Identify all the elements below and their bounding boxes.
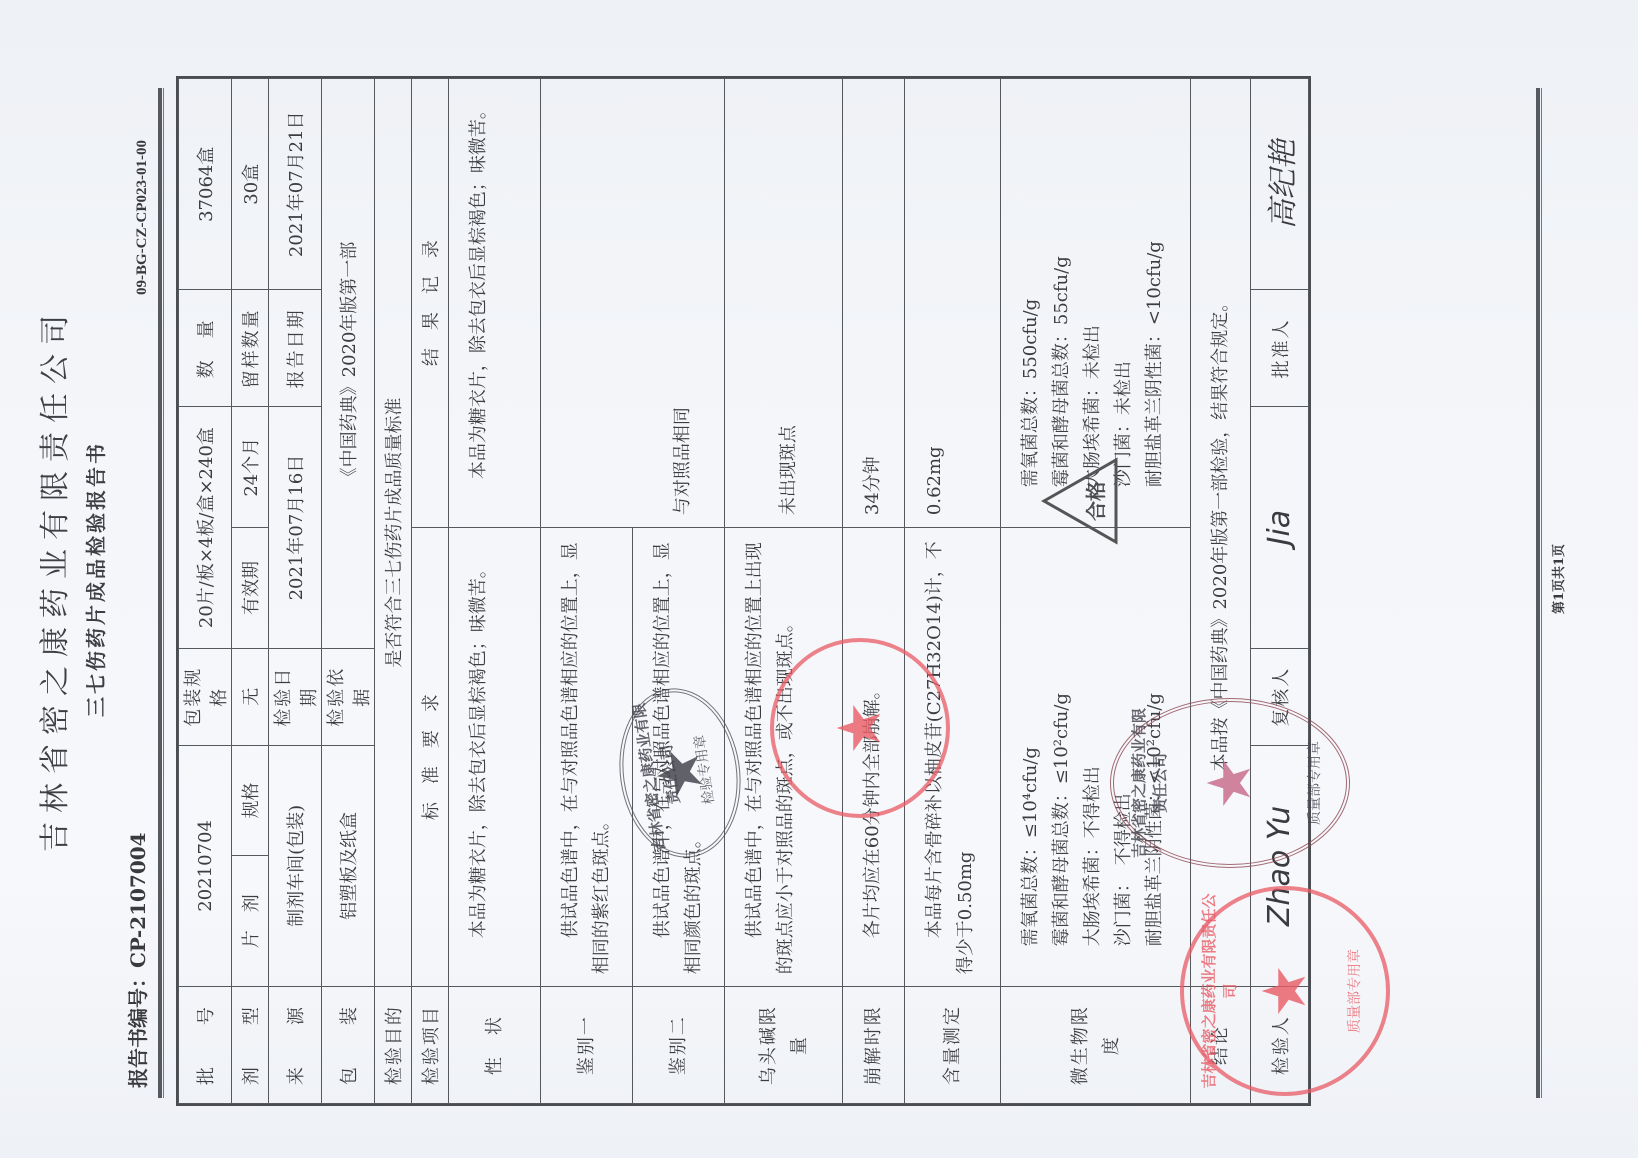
pack-spec-value: 20片/板×4板/盒×240盒 (179, 407, 232, 649)
report-title: 三七伤药片成品检验报告书 (80, 0, 109, 1158)
result-aconitine-limit: 未出现斑点 (725, 79, 843, 528)
result-appearance: 本品为糖衣片，除去包衣后显棕褐色；味微苦。 (449, 79, 541, 528)
report-date-label: 报告日期 (269, 290, 322, 407)
qa-stamp-gray: 吉林省密之康药业有限责任公司 ★ 质量部专用章 (1110, 698, 1350, 868)
batch-label: 批 号 (179, 987, 232, 1104)
result-disintegration: 34分钟 (843, 79, 905, 528)
page-number: 第1页共1页 (1548, 0, 1567, 1158)
table-row: 鉴别一 供试品色谱中，在与对照品色谱相应的位置上，显相同的紫红色斑点。 与对照品… (541, 79, 633, 1104)
dosage-value: 片 剂 (232, 856, 269, 987)
approver-label: 批准人 (1251, 290, 1309, 407)
table-row: 性 状 本品为糖衣片，除去包衣后显棕褐色；味微苦。 本品为糖衣片，除去包衣后显棕… (449, 79, 541, 1104)
retain-label: 留样数量 (232, 290, 269, 407)
qa-gray-stamp-sub: 质量部专用章 (1304, 702, 1324, 864)
col-result: 结 果 记 录 (412, 79, 449, 528)
column-header-row: 检验项目 标 准 要 求 结 果 记 录 (412, 79, 449, 1104)
purpose-value: 是否符合三七伤药片成品质量标准 (375, 79, 412, 987)
standard-appearance: 本品为糖衣片，除去包衣后显棕褐色；味微苦。 (449, 528, 541, 987)
report-number-label: 报告书编号： (126, 968, 150, 1088)
purpose-label: 检验目的 (375, 987, 412, 1104)
micro-result-line: 大肠埃希菌：未检出 (1077, 91, 1108, 487)
pack-spec-label: 包装规格 (179, 648, 232, 745)
micro-result-line: 需氧菌总数：550cfu/g (1015, 91, 1046, 487)
star-icon: ★ (1255, 964, 1315, 1018)
source-value: 制剂车间(包装) (269, 745, 322, 987)
test-date-value: 2021年07月16日 (269, 407, 322, 649)
meta-row-source: 来 源 制剂车间(包装) 检验日期 2021年07月16日 报告日期 2021年… (269, 79, 322, 1104)
retain-value: 30盒 (232, 79, 269, 291)
meta-row-purpose: 检验目的 是否符合三七伤药片成品质量标准 (375, 79, 412, 1104)
dosage-label: 剂 型 (232, 987, 269, 1104)
pass-badge-text: 合格 (1080, 456, 1109, 546)
meta-row-package: 包 装 铝塑板及纸盒 检验依据 《中国药典》2020年版第一部 (322, 79, 375, 1104)
report-number: 报告书编号：CP-2107004 (122, 832, 151, 1088)
source-label: 来 源 (269, 987, 322, 1104)
company-name: 吉林省密之康药业有限责任公司 (30, 0, 74, 1158)
report-date-value: 2021年07月21日 (269, 79, 322, 291)
table-row: 乌头碱限量 供试品色谱中，在与对照品色谱相应的位置上出现的斑点应小于对照品的斑点… (725, 79, 843, 1104)
validity-value: 24个月 (232, 407, 269, 528)
item-disintegration: 崩解时限 (843, 987, 905, 1104)
reviewer-signature: Jia (1251, 407, 1309, 649)
basis-value: 《中国药典》2020年版第一部 (322, 79, 375, 649)
col-standard: 标 准 要 求 (412, 528, 449, 987)
approver-signature: 高纪艳 (1251, 79, 1309, 291)
table-row: 崩解时限 各片均应在60分钟内全部崩解。 34分钟 (843, 79, 905, 1104)
package-value: 铝塑板及纸盒 (322, 745, 375, 987)
form-code: 09-BG-CZ-CP023-01-00 (134, 140, 151, 295)
footer-rule (1536, 88, 1540, 1098)
micro-result-line: 霉菌和酵母菌总数：55cfu/g (1046, 91, 1077, 487)
col-item: 检验项目 (412, 987, 449, 1104)
item-assay: 含量测定 (905, 987, 1001, 1104)
star-icon: ★ (1200, 756, 1260, 810)
result-identification: 与对照品相同 (541, 79, 725, 528)
item-aconitine-limit: 乌头碱限量 (725, 987, 843, 1104)
inspection-report-page: 吉林省密之康药业有限责任公司 三七伤药片成品检验报告书 报告书编号：CP-210… (0, 0, 1638, 1158)
result-assay: 0.62mg (905, 79, 1001, 528)
meta-row-dosage: 剂 型 片 剂 规格 无 有效期 24个月 留样数量 30盒 (232, 79, 269, 1104)
spec-label: 规格 (232, 745, 269, 856)
footer-rule-thin (1541, 88, 1542, 1098)
test-date-label: 检验日期 (269, 648, 322, 745)
header-rule-thin (163, 88, 164, 1098)
pass-badge: 合格 (1040, 456, 1120, 546)
validity-label: 有效期 (232, 528, 269, 649)
table-row: 微生物限度 需氧菌总数：≤10⁴cfu/g 霉菌和酵母菌总数：≤10²cfu/g… (1001, 79, 1191, 1104)
basis-label: 检验依据 (322, 648, 375, 745)
qa-stamp-sub: 质量部专用章 (1344, 890, 1364, 1092)
meta-row-batch: 批 号 20210704 包装规格 20片/板×4板/盒×240盒 数 量 37… (179, 79, 232, 1104)
quantity-label: 数 量 (179, 290, 232, 407)
qa-stamp-red-1: ★ (770, 638, 950, 818)
qa-stamp-ring: 吉林省密之康药业有限责任公司 (1198, 890, 1240, 1092)
header-rule (158, 88, 162, 1098)
micro-standard-line: 大肠埃希菌：不得检出 (1077, 540, 1108, 946)
micro-result-line: 耐胆盐革兰阴性菌：<10cfu/g (1139, 91, 1170, 487)
item-identification-1: 鉴别一 (541, 987, 633, 1104)
qa-gray-stamp-ring: 吉林省密之康药业有限责任公司 (1128, 702, 1170, 864)
result-identification-text: 与对照品相同 (672, 407, 693, 515)
quantity-value: 37064盒 (179, 79, 232, 291)
micro-result-line: 沙门菌：未检出 (1108, 91, 1139, 487)
item-appearance: 性 状 (449, 987, 541, 1104)
spec-value: 无 (232, 648, 269, 745)
package-label: 包 装 (322, 987, 375, 1104)
star-icon: ★ (830, 701, 890, 755)
micro-standard-line: 需氧菌总数：≤10⁴cfu/g (1015, 540, 1046, 946)
table-row: 含量测定 本品每片含骨碎补以柚皮苷(C27H32O14)计，不得少于0.50mg… (905, 79, 1001, 1104)
item-identification-2: 鉴别二 (633, 987, 725, 1104)
batch-value: 20210704 (179, 745, 232, 987)
qa-stamp-red-2: 吉林省密之康药业有限责任公司 ★ 质量部专用章 (1180, 886, 1390, 1096)
micro-standard-line: 霉菌和酵母菌总数：≤10²cfu/g (1046, 540, 1077, 946)
report-table: 批 号 20210704 包装规格 20片/板×4板/盒×240盒 数 量 37… (176, 76, 1311, 1106)
report-number-value: CP-2107004 (126, 832, 150, 968)
item-microbial-limit: 微生物限度 (1001, 987, 1191, 1104)
